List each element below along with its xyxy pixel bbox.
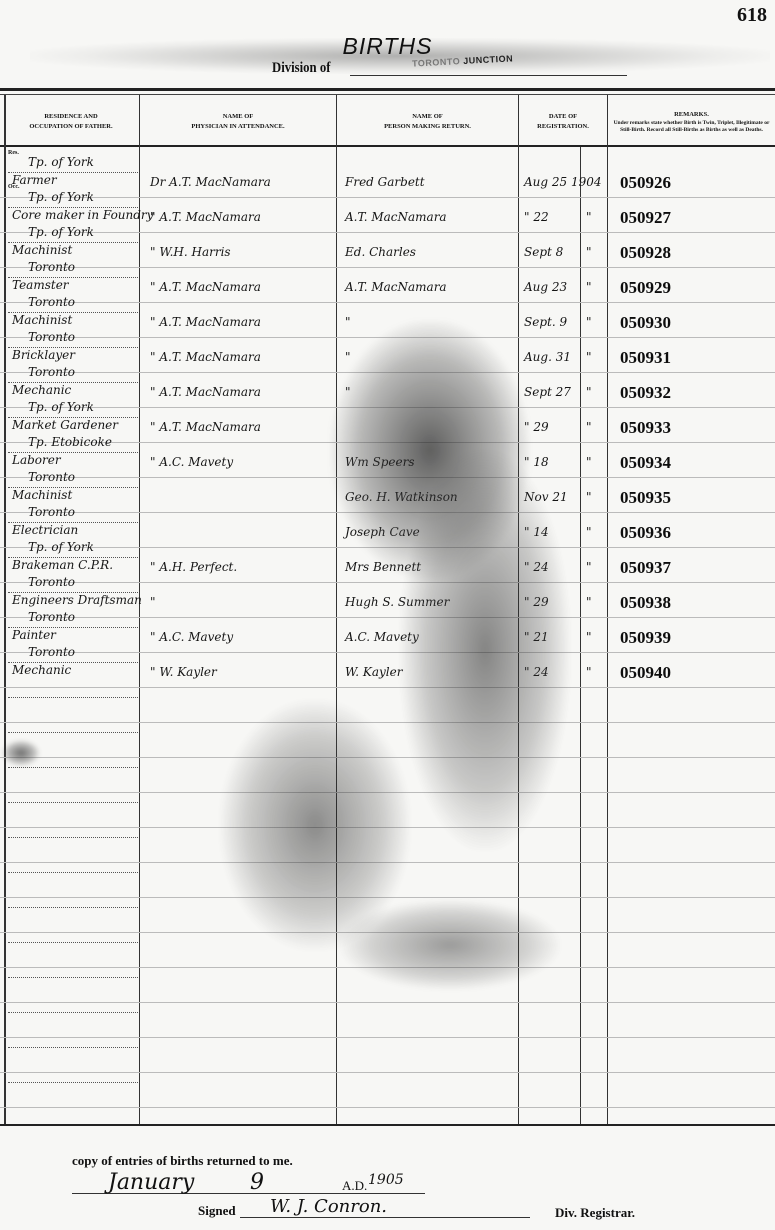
remarks-title: REMARKS. [610,110,773,120]
father-residence: Toronto [28,365,75,379]
day-handwritten: 9 [250,1170,264,1195]
column-header-date: Date of Registration. [519,98,607,146]
row-rule [0,617,775,618]
year-ditto: " [586,420,592,434]
year-ditto: " [586,210,592,224]
residence-dotted-line [8,837,138,838]
father-occupation: Mechanic [12,663,71,677]
year-ditto: " [586,385,592,399]
father-occupation: Machinist [12,488,72,502]
father-residence: Tp. of York [28,400,94,414]
father-residence: Toronto [28,470,75,484]
residence-dotted-line [8,732,138,733]
father-occupation: Mechanic [12,383,71,397]
registration-number: 050934 [620,453,671,473]
physician-name: " A.H. Perfect. [150,560,237,574]
division-label: Division of [272,60,330,77]
residence-dotted-line [8,872,138,873]
row-rule [0,1107,775,1108]
person-making-return: A.T. MacNamara [345,210,447,224]
column-header-line: Registration. [519,122,607,132]
column-line [4,95,6,1124]
father-residence: Toronto [28,645,75,659]
year-ditto: " [586,245,592,259]
registrar-role: Div. Registrar. [555,1205,635,1221]
column-header-remarks: REMARKS. Under remarks state whether Bir… [610,98,773,146]
page-number: 618 [737,4,767,27]
father-occupation: Machinist [12,313,72,327]
father-residence: Toronto [28,575,75,589]
father-occupation: Engineers Draftsman [12,593,142,607]
registration-number: 050937 [620,558,671,578]
column-line [139,95,140,1124]
registration-number: 050938 [620,593,671,613]
physician-name: " A.T. MacNamara [150,280,261,294]
row-rule [0,267,775,268]
physician-name: " A.C. Mavety [150,630,233,644]
ad-label: A.D. [342,1178,367,1194]
physician-name: " W.H. Harris [150,245,231,259]
column-line [336,95,337,1124]
year-ditto: " [586,490,592,504]
physician-name: Dr A.T. MacNamara [150,175,271,189]
column-header-line: Name of [337,112,518,122]
registration-number: 050928 [620,243,671,263]
residence-dotted-line [8,1082,138,1083]
year-ditto: " [586,630,592,644]
registration-date: Aug. 31 [524,350,571,364]
physician-name: " A.T. MacNamara [150,315,261,329]
table-bottom-rule [0,1124,775,1126]
year-ditto: " [586,595,592,609]
father-residence: Toronto [28,610,75,624]
column-header-line: Physician in Attendance. [140,122,336,132]
registration-number: 050932 [620,383,671,403]
row-rule [0,582,775,583]
residence-dotted-line [8,907,138,908]
father-residence: Toronto [28,295,75,309]
year-ditto: " [586,455,592,469]
row-rule [0,302,775,303]
registration-date: Aug 23 [524,280,567,294]
father-occupation: Machinist [12,243,72,257]
column-line [607,95,608,1124]
year-ditto: " [586,350,592,364]
row-rule [0,1002,775,1003]
father-residence: Tp. of York [28,190,94,204]
column-header-line: Name of [140,112,336,122]
page-title: BIRTHS [0,33,775,60]
registration-number: 050931 [620,348,671,368]
residence-dotted-line [8,942,138,943]
row-rule [0,722,775,723]
father-occupation: Core maker in Foundry [12,208,153,222]
residence-dotted-line [8,697,138,698]
father-occupation: Brakeman C.P.R. [12,558,113,572]
physician-name: " A.C. Mavety [150,455,233,469]
res-label: Res. [8,150,19,156]
signature-underline [240,1217,530,1218]
registration-number: 050933 [620,418,671,438]
registration-number: 050930 [620,313,671,333]
person-making-return: W. Kayler [345,665,402,679]
father-occupation: Laborer [12,453,61,467]
father-occupation: Market Gardener [12,418,118,432]
registration-number: 050940 [620,663,671,683]
physician-name: " [150,595,156,609]
column-header-person: Name of Person Making Return. [337,98,518,146]
ink-blot [2,740,40,766]
father-residence: Tp. of York [28,225,94,239]
signed-label: Signed [198,1203,236,1219]
year-ditto: " [586,315,592,329]
header-rule-second [0,94,775,95]
father-residence: Toronto [28,260,75,274]
registration-date: Sept 8 [524,245,563,259]
column-line [580,147,581,1124]
registration-number: 050927 [620,208,671,228]
ink-stain [400,450,570,850]
father-occupation: Electrician [12,523,78,537]
registration-date: Sept. 9 [524,315,567,329]
person-making-return: Fred Garbett [345,175,425,189]
person-making-return: A.T. MacNamara [345,280,447,294]
physician-name: " A.T. MacNamara [150,385,261,399]
registration-number: 050926 [620,173,671,193]
registration-number: 050935 [620,488,671,508]
father-residence: Tp. Etobicoke [28,435,112,449]
registration-date: " 22 [524,210,549,224]
column-header-line: Person Making Return. [337,122,518,132]
year-ditto: " [586,665,592,679]
column-header-physician: Name of Physician in Attendance. [140,98,336,146]
physician-name: " A.T. MacNamara [150,420,261,434]
registrar-signature: W. J. Conron. [270,1196,387,1217]
person-making-return: " [345,315,351,329]
ink-stain [340,900,560,990]
physician-name: " W. Kayler [150,665,217,679]
month-handwritten: January [108,1170,194,1195]
registration-number: 050936 [620,523,671,543]
row-rule [0,652,775,653]
residence-dotted-line [8,977,138,978]
father-occupation: Farmer [12,173,57,187]
father-residence: Toronto [28,505,75,519]
person-making-return: Ed. Charles [345,245,416,259]
residence-dotted-line [8,1012,138,1013]
physician-name: " A.T. MacNamara [150,350,261,364]
residence-dotted-line [8,802,138,803]
header-rule-top [0,88,775,91]
row-rule [0,687,775,688]
father-residence: Tp. of York [28,155,94,169]
father-residence: Tp. of York [28,540,94,554]
row-rule [0,197,775,198]
year-handwritten: 1905 [368,1172,404,1188]
year-ditto: " [586,280,592,294]
father-occupation: Bricklayer [12,348,75,362]
registration-number: 050939 [620,628,671,648]
registration-date: Sept 27 [524,385,571,399]
residence-dotted-line [8,1047,138,1048]
division-underline [350,75,627,76]
remarks-note: Under remarks state whether Birth is Twi… [610,120,773,134]
row-rule [0,1037,775,1038]
year-ditto: " [586,525,592,539]
column-header-residence: Residence and Occupation of Father. [4,98,138,146]
column-header-line: Occupation of Father. [4,122,138,132]
year-ditto: " [586,560,592,574]
column-header-line: Date of [519,112,607,122]
father-occupation: Teamster [12,278,69,292]
registration-date: Aug 25 1904 [524,175,602,189]
certification-text: copy of entries of births returned to me… [72,1153,293,1169]
father-occupation: Painter [12,628,56,642]
residence-dotted-line [8,767,138,768]
registration-number: 050929 [620,278,671,298]
row-rule [0,1072,775,1073]
row-rule [0,232,775,233]
physician-name: " A.T. MacNamara [150,210,261,224]
father-residence: Toronto [28,330,75,344]
column-header-line: Residence and [4,112,138,122]
